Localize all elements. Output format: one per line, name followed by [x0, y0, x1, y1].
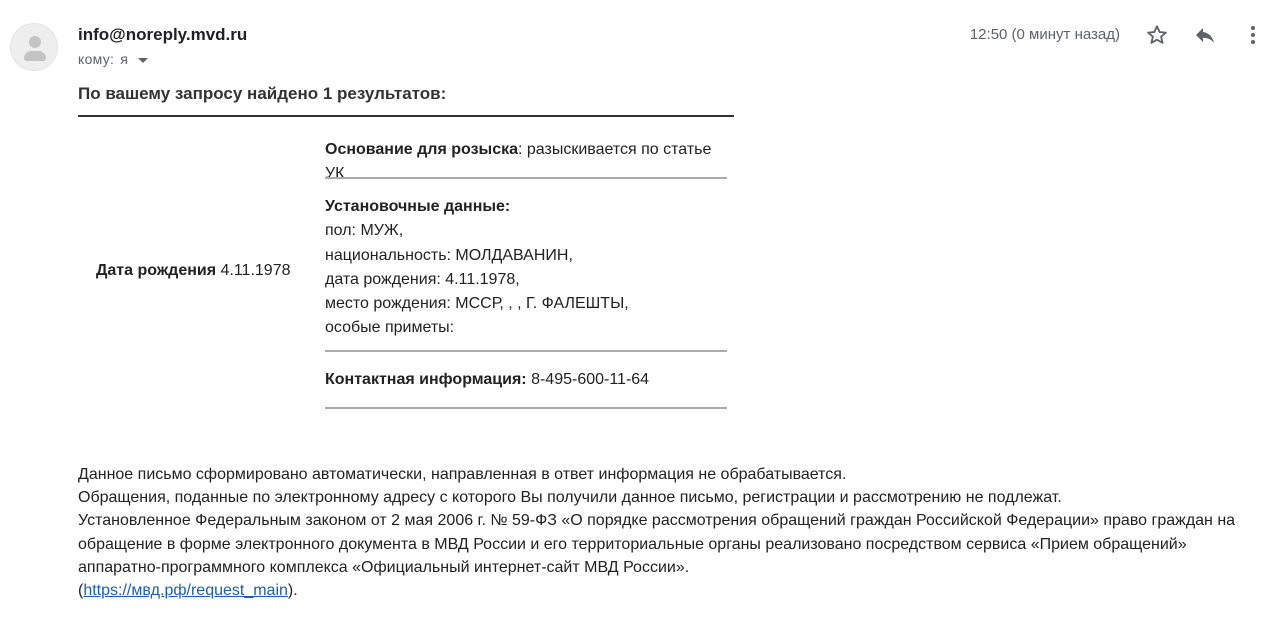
setup-line: особые приметы: — [325, 319, 454, 336]
person-icon-body — [24, 51, 46, 61]
contact-row: Контактная информация: 8-495-600-11-64 — [325, 368, 727, 392]
setup-line: дата рождения: 4.11.1978, — [325, 271, 520, 288]
setup-line: пол: МУЖ, — [325, 222, 403, 239]
setup-line: национальность: МОЛДАВАНИН, — [325, 247, 573, 264]
reply-button[interactable] — [1192, 22, 1218, 48]
message-timestamp: 12:50 (0 минут назад) — [970, 26, 1120, 43]
footer-notice: Данное письмо сформировано автоматически… — [78, 463, 1268, 602]
setup-line: место рождения: МССР, , , Г. ФАЛЕШТЫ, — [325, 295, 629, 312]
chevron-down-icon[interactable] — [138, 58, 148, 63]
star-icon — [1146, 24, 1168, 46]
contact-label: Контактная информация: — [325, 371, 527, 388]
footer-line: Установленное Федеральным законом от 2 м… — [78, 509, 1268, 579]
recipient-line[interactable]: кому: я — [78, 51, 148, 67]
more-options-button[interactable] — [1240, 22, 1266, 48]
dob-summary: Дата рождения 4.11.1978 — [96, 262, 291, 280]
request-main-link[interactable]: https://мвд.рф/request_main — [83, 582, 288, 599]
more-vert-icon — [1241, 23, 1265, 47]
paren: ). — [288, 582, 298, 599]
divider — [78, 115, 734, 117]
setup-label: Установочные данные: — [325, 198, 510, 215]
divider — [325, 350, 727, 352]
footer-line: Обращения, поданные по электронному адре… — [78, 486, 1268, 509]
divider — [325, 177, 727, 179]
footer-link-line: (https://мвд.рф/request_main). — [78, 579, 1268, 602]
footer-line: Данное письмо сформировано автоматически… — [78, 463, 1268, 486]
sender-address: info@noreply.mvd.ru — [78, 25, 247, 45]
result-title: По вашему запросу найдено 1 результатов: — [78, 84, 446, 104]
star-button[interactable] — [1144, 22, 1170, 48]
contact-value: 8-495-600-11-64 — [531, 371, 649, 388]
reply-icon — [1193, 23, 1217, 47]
divider — [325, 407, 727, 409]
dob-value: 4.11.1978 — [221, 262, 291, 279]
recipient-prefix: кому: — [78, 51, 114, 67]
recipient-name: я — [120, 51, 128, 67]
person-icon-head — [29, 36, 41, 48]
basis-label: Основание для розыска — [325, 141, 518, 158]
setup-data: Установочные данные: пол: МУЖ, националь… — [325, 195, 727, 341]
sender-avatar[interactable] — [10, 23, 58, 71]
dob-label: Дата рождения — [96, 262, 216, 279]
